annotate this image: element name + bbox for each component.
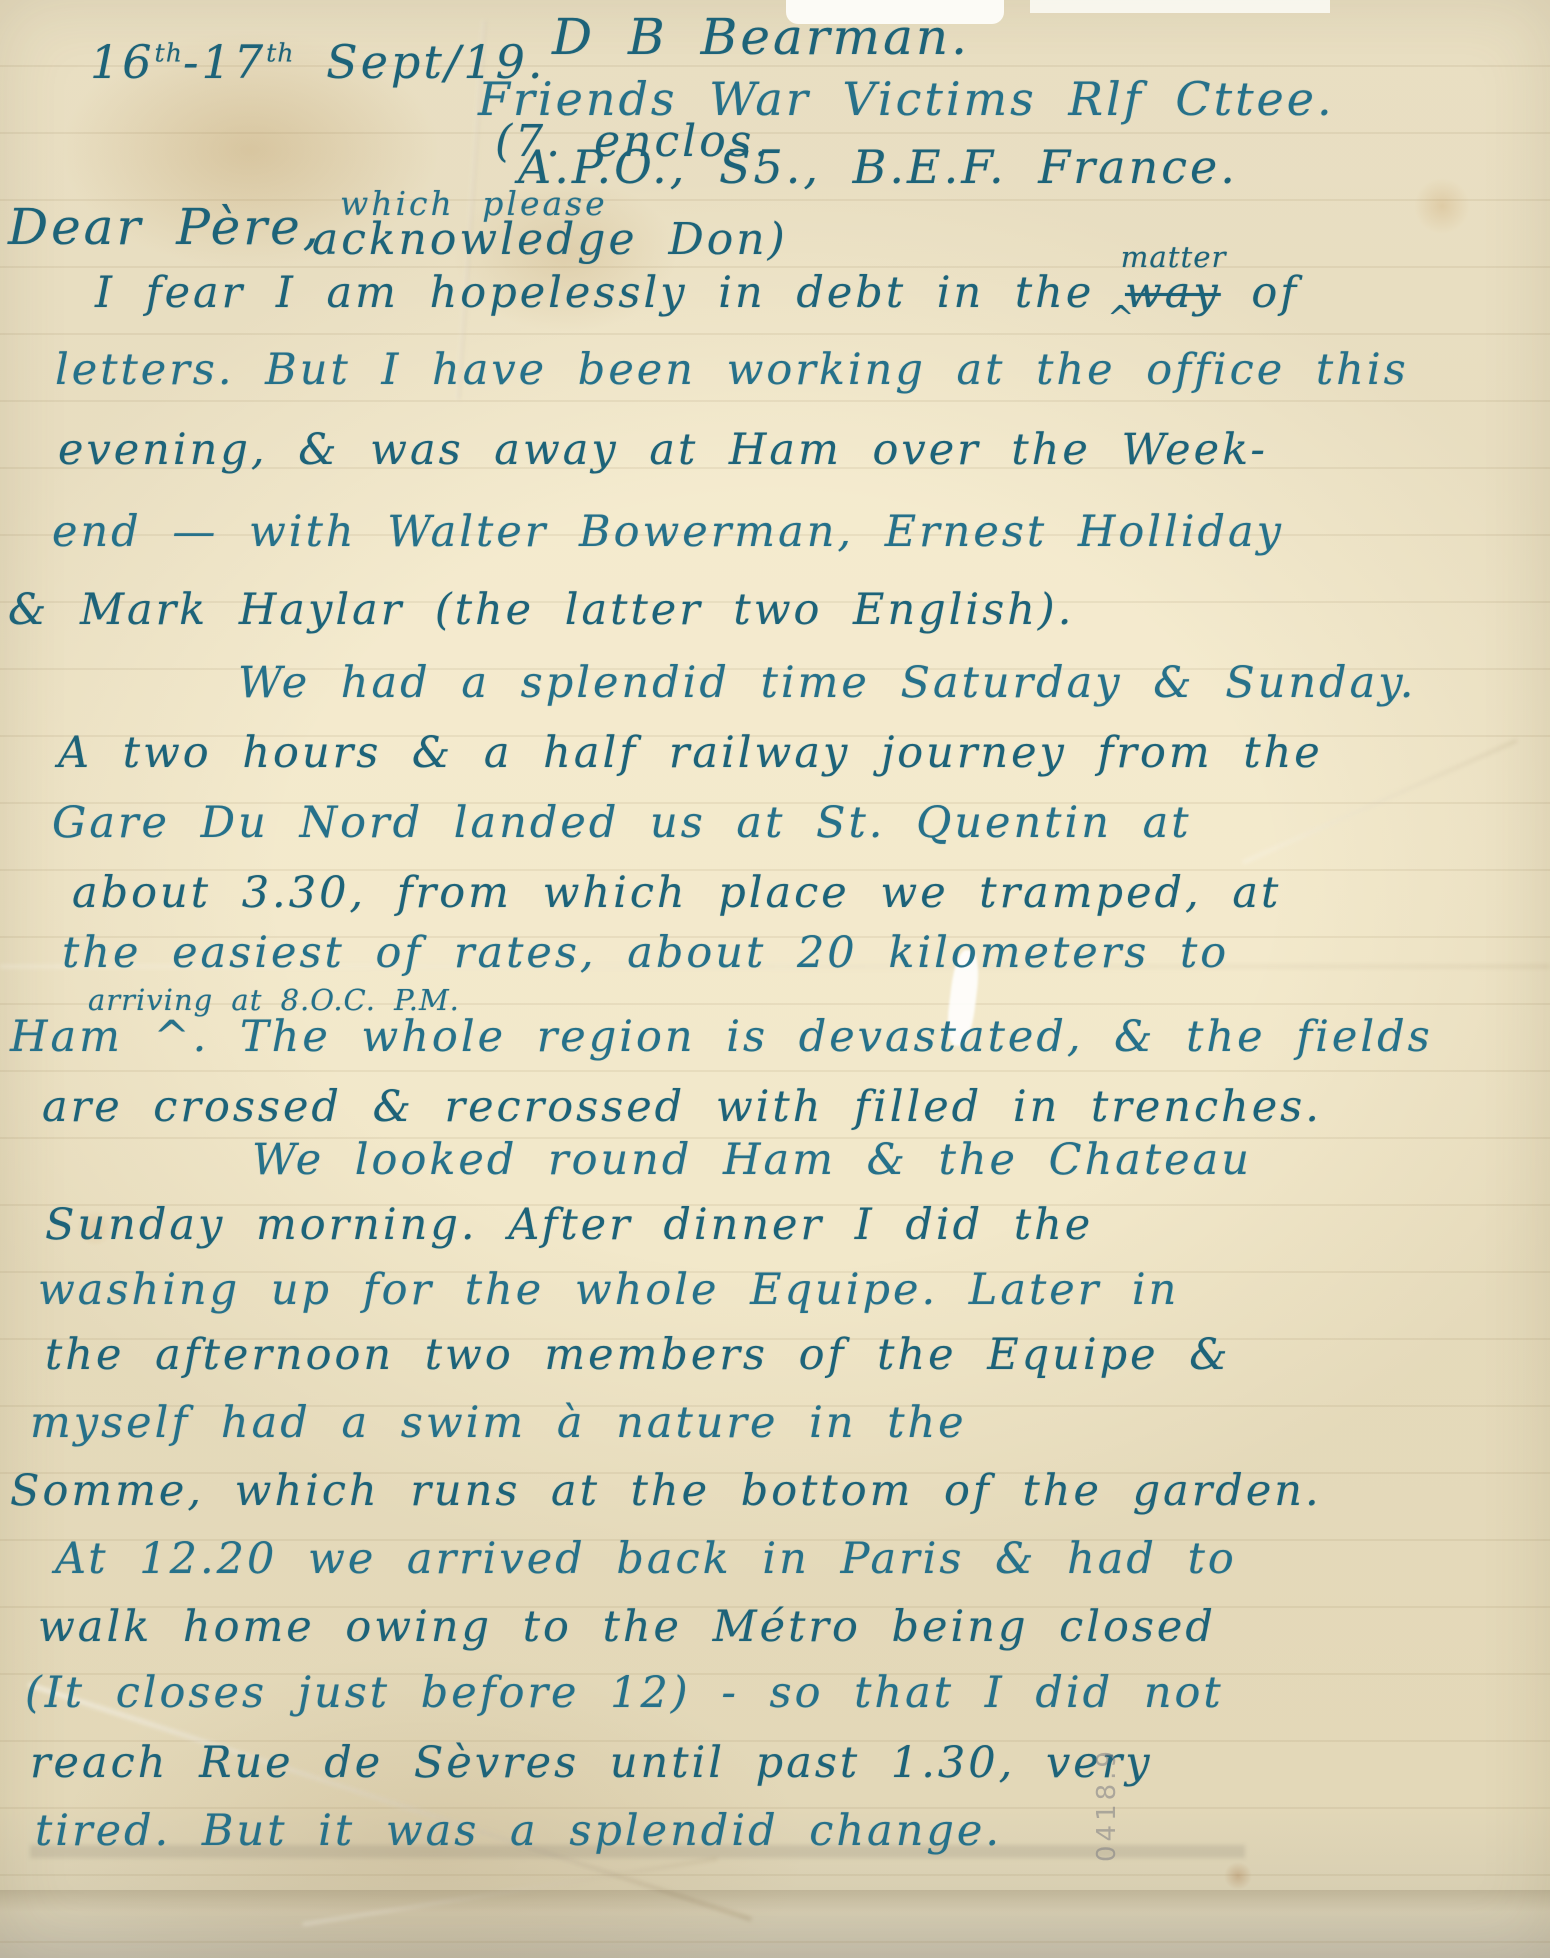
- body-line: A two hours & a half railway journey fro…: [58, 728, 1323, 778]
- scanned-letter: 16th-17th Sept/19. D B Bearman. Friends …: [0, 0, 1550, 1958]
- letter-paper: 16th-17th Sept/19. D B Bearman. Friends …: [0, 0, 1550, 1958]
- inserted-word: matter: [1121, 240, 1227, 274]
- crossed-out-word: waymatter^: [1125, 268, 1221, 318]
- body-line: the afternoon two members of the Equipe …: [45, 1330, 1231, 1380]
- body-line: end — with Walter Bowerman, Ernest Holli…: [52, 507, 1284, 557]
- letter-body: I fear I am hopelessly in debt in the wa…: [0, 0, 1550, 1958]
- body-line-text: I fear I am hopelessly in debt in the: [95, 268, 1125, 318]
- body-line: At 12.20 we arrived back in Paris & had …: [55, 1534, 1237, 1584]
- body-line: & Mark Haylar (the latter two English).: [8, 585, 1074, 635]
- archive-watermark: 0418.9: [1092, 1747, 1122, 1862]
- body-line: Gare Du Nord landed us at St. Quentin at: [52, 798, 1192, 848]
- body-line: washing up for the whole Equipe. Later i…: [38, 1265, 1179, 1315]
- body-line: are crossed & recrossed with filled in t…: [42, 1082, 1322, 1132]
- caret-mark: ^: [1107, 299, 1137, 337]
- body-line: myself had a swim à nature in the: [30, 1398, 967, 1448]
- body-line: reach Rue de Sèvres until past 1.30, ver…: [30, 1738, 1153, 1788]
- body-line: about 3.30, from which place we tramped,…: [72, 868, 1281, 918]
- body-line: walk home owing to the Métro being close…: [38, 1602, 1216, 1652]
- body-line-text: of: [1221, 268, 1299, 318]
- body-line: I fear I am hopelessly in debt in the wa…: [95, 268, 1299, 318]
- body-line: Sunday morning. After dinner I did the: [45, 1200, 1093, 1250]
- body-line: We had a splendid time Saturday & Sunday…: [238, 658, 1416, 708]
- body-line: Ham ^. The whole region is devastated, &…: [10, 1012, 1433, 1062]
- body-line: letters. But I have been working at the …: [55, 345, 1409, 395]
- body-line: We looked round Ham & the Chateau: [252, 1135, 1252, 1185]
- body-line: (It closes just before 12) - so that I d…: [25, 1668, 1224, 1718]
- body-line: Somme, which runs at the bottom of the g…: [10, 1466, 1322, 1516]
- body-line: evening, & was away at Ham over the Week…: [58, 425, 1268, 475]
- body-line: tired. But it was a splendid change.: [35, 1806, 1002, 1856]
- body-line: the easiest of rates, about 20 kilometer…: [62, 928, 1229, 978]
